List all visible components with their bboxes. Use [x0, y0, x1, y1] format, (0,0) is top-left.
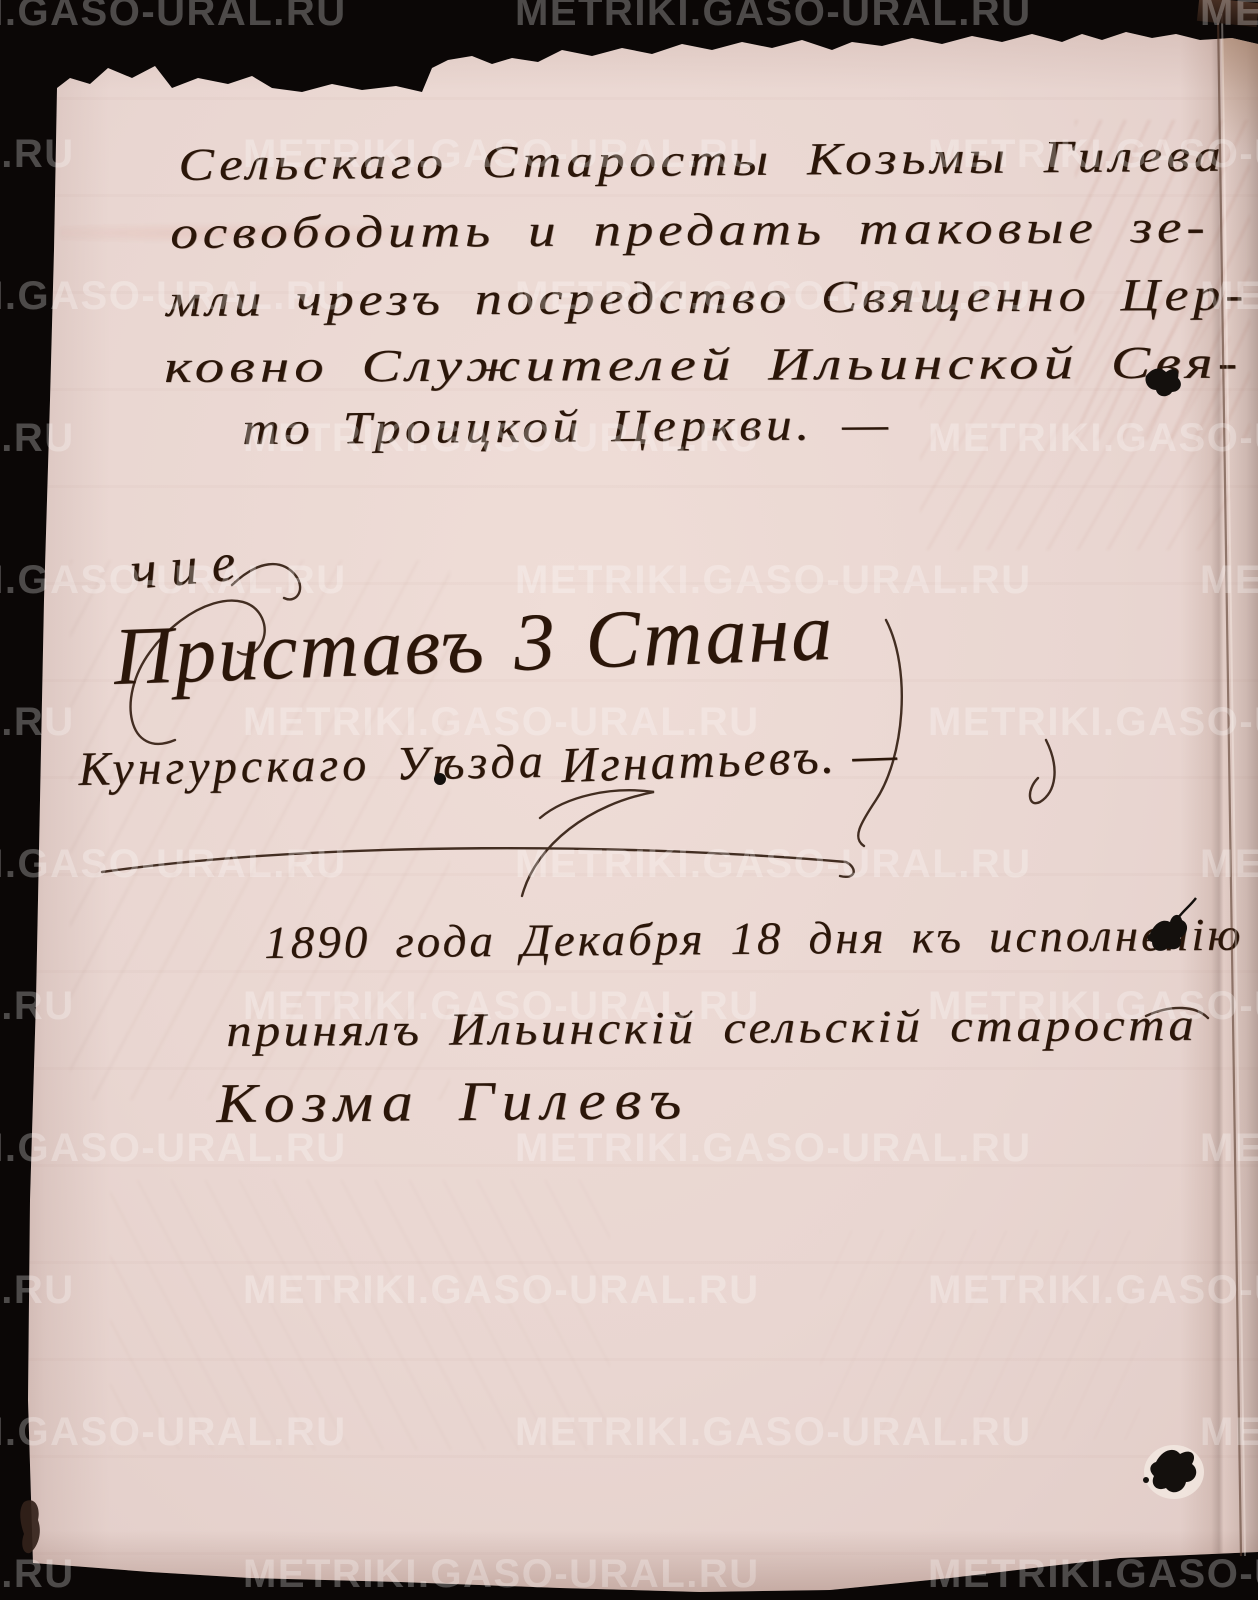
handwriting-line-3: мли чрезъ посредство Священно Цер- — [166, 268, 1248, 327]
signature-initials-flourish: чие — [128, 530, 252, 602]
archive-scan: Сельскаго Старосты Козьмы Гилева освобод… — [0, 0, 1258, 1600]
official-title-line: Приставъ 3 Стана — [112, 585, 836, 704]
ghost-ink-stain — [110, 1180, 610, 1450]
handwriting-line-4: ковно Служителей Ильинской Свя- — [164, 336, 1243, 393]
watermark-tile: METRIKI.GASO-URAL.RU — [0, 0, 347, 35]
official-signature: Игнатьевъ. — — [560, 724, 901, 794]
manuscript-paper: Сельскаго Старосты Козьмы Гилева освобод… — [0, 0, 1258, 1600]
ghost-ink-stain — [820, 1230, 1140, 1440]
elder-name-signature: Козма Гилевъ — [216, 1068, 690, 1136]
watermark-tile: METRIKI.GASO-URAL.RU — [515, 0, 1032, 35]
page-corner-curl — [1197, 0, 1258, 27]
handwriting-line-2: освободить и предать таковые зе- — [170, 200, 1210, 259]
district-line: Кунгурскаго Уѣзда — [78, 734, 547, 797]
binding-gutter-shadow — [1180, 36, 1258, 1557]
handwriting-line-1: Сельскаго Старосты Козьмы Гилева — [178, 129, 1226, 191]
date-line: 1890 года Декабря 18 дня къ исполненію — [264, 908, 1244, 969]
acceptance-line: принялъ Ильинскій сельскій староста — [226, 998, 1197, 1057]
watermark-tile: METRIKI.GASO-URAL.RU — [1200, 0, 1258, 35]
binding-gutter-top — [1222, 20, 1258, 150]
handwriting-line-5: то Троицкой Церкви. — — [242, 397, 893, 455]
